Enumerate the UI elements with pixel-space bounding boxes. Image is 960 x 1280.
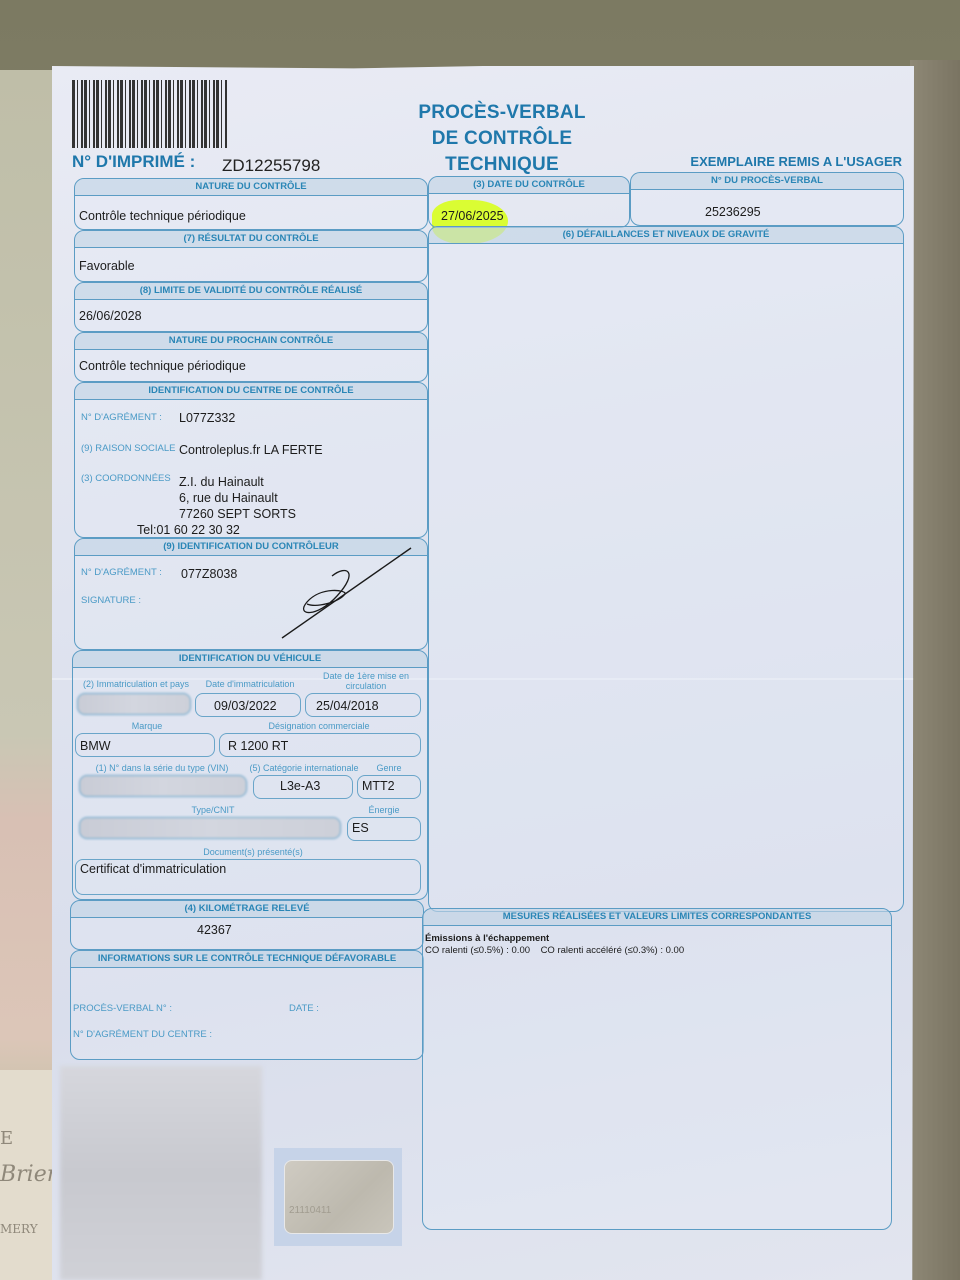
proces-verbal-value: 25236295 xyxy=(705,205,761,219)
defavorable-agrement-label: N° D'AGRÉMENT DU CENTRE : xyxy=(73,1029,212,1040)
kilometrage-header: (4) KILOMÉTRAGE RELEVÉ xyxy=(71,901,423,918)
centre-box: IDENTIFICATION DU CENTRE DE CONTRÔLE N° … xyxy=(74,382,428,538)
prochain-controle-value: Contrôle technique périodique xyxy=(79,359,246,373)
nature-controle-value: Contrôle technique périodique xyxy=(79,209,246,223)
redacted-area xyxy=(60,1066,262,1280)
imprime-number: ZD12255798 xyxy=(222,156,320,176)
designation-field: R 1200 RT xyxy=(219,733,421,757)
title-line-2: DE CONTRÔLE TECHNIQUE xyxy=(382,126,622,178)
hologram-sticker: 21110411 xyxy=(284,1160,394,1234)
controleur-agrement-value: 077Z8038 xyxy=(181,567,237,581)
genre-value: MTT2 xyxy=(362,779,395,793)
nature-controle-header: NATURE DU CONTRÔLE xyxy=(75,179,427,196)
documents-label: Document(s) présenté(s) xyxy=(133,847,373,857)
defavorable-pv-label: PROCÈS-VERBAL N° : xyxy=(73,1003,172,1014)
background-paper: E Brien MERY xyxy=(0,1070,58,1280)
date-controle-box: (3) DATE DU CONTRÔLE 27/06/2025 xyxy=(428,176,630,228)
proces-verbal-header: N° DU PROCÈS-VERBAL xyxy=(631,173,903,190)
documents-field: Certificat d'immatriculation xyxy=(75,859,421,895)
background-text: MERY xyxy=(0,1222,38,1236)
mesures-box: MESURES RÉALISÉES ET VALEURS LIMITES COR… xyxy=(422,908,892,1230)
date-immat-field: 09/03/2022 xyxy=(195,693,301,717)
marque-field: BMW xyxy=(75,733,215,757)
type-field-redacted xyxy=(79,817,341,839)
prochain-controle-header: NATURE DU PROCHAIN CONTRÔLE xyxy=(75,333,427,350)
exemplaire-label: EXEMPLAIRE REMIS A L'USAGER xyxy=(690,154,902,169)
background-text: Brien xyxy=(0,1162,61,1187)
document-title: PROCÈS-VERBAL DE CONTRÔLE TECHNIQUE xyxy=(382,100,622,178)
centre-tel: Tel:01 60 22 30 32 xyxy=(137,523,240,537)
centre-raison-value: Controleplus.fr LA FERTE xyxy=(179,443,323,457)
limite-validite-box: (8) LIMITE DE VALIDITÉ DU CONTRÔLE RÉALI… xyxy=(74,282,428,332)
resultat-box: (7) RÉSULTAT DU CONTRÔLE Favorable xyxy=(74,230,428,282)
date-immat-label: Date d'immatriculation xyxy=(197,679,303,689)
limite-validite-value: 26/06/2028 xyxy=(79,309,142,323)
mesures-co-values: CO ralenti (≤0.5%) : 0.00 CO ralenti acc… xyxy=(425,945,684,956)
centre-address-3: 77260 SEPT SORTS xyxy=(179,507,296,521)
vehicule-header: IDENTIFICATION DU VÉHICULE xyxy=(73,651,427,668)
defavorable-box: INFORMATIONS SUR LE CONTRÔLE TECHNIQUE D… xyxy=(70,950,424,1060)
signature-label: SIGNATURE : xyxy=(81,595,141,606)
centre-coord-label: (3) COORDONNÉES xyxy=(81,473,171,484)
designation-value: R 1200 RT xyxy=(228,739,288,753)
defaillances-header: (6) DÉFAILLANCES ET NIVEAUX DE GRAVITÉ xyxy=(429,227,903,244)
vin-field-redacted xyxy=(79,775,247,797)
defavorable-date-label: DATE : xyxy=(289,1003,319,1014)
date-mec-field: 25/04/2018 xyxy=(305,693,421,717)
mesures-section-title: Émissions à l'échappement xyxy=(425,933,549,944)
immat-label: (2) Immatriculation et pays xyxy=(77,679,195,689)
date-controle-header: (3) DATE DU CONTRÔLE xyxy=(429,177,629,194)
vin-label: (1) N° dans la série du type (VIN) xyxy=(77,763,247,773)
prochain-controle-box: NATURE DU PROCHAIN CONTRÔLE Contrôle tec… xyxy=(74,332,428,382)
limite-validite-header: (8) LIMITE DE VALIDITÉ DU CONTRÔLE RÉALI… xyxy=(75,283,427,300)
date-mec-value: 25/04/2018 xyxy=(316,699,379,713)
resultat-value: Favorable xyxy=(79,259,135,273)
designation-label: Désignation commerciale xyxy=(219,721,419,731)
background-text: E xyxy=(0,1128,13,1149)
imprime-label: N° D'IMPRIMÉ : xyxy=(72,152,195,172)
centre-agrement-value: L077Z332 xyxy=(179,411,235,425)
type-label: Type/CNIT xyxy=(133,805,293,815)
energie-value: ES xyxy=(352,821,369,835)
energie-field: ES xyxy=(347,817,421,841)
vehicule-box: IDENTIFICATION DU VÉHICULE (2) Immatricu… xyxy=(72,650,428,900)
marque-value: BMW xyxy=(80,739,111,753)
categorie-label: (5) Catégorie internationale xyxy=(249,763,359,773)
kilometrage-box: (4) KILOMÉTRAGE RELEVÉ 42367 xyxy=(70,900,424,950)
categorie-value: L3e-A3 xyxy=(280,779,320,793)
date-controle-value: 27/06/2025 xyxy=(441,209,504,223)
date-immat-value: 09/03/2022 xyxy=(214,699,277,713)
date-mec-label: Date de 1ère mise en circulation xyxy=(307,671,425,691)
kilometrage-value: 42367 xyxy=(197,923,232,937)
energie-label: Énergie xyxy=(349,805,419,815)
centre-address-2: 6, rue du Hainault xyxy=(179,491,278,505)
nature-controle-box: NATURE DU CONTRÔLE Contrôle technique pé… xyxy=(74,178,428,230)
mesures-header: MESURES RÉALISÉES ET VALEURS LIMITES COR… xyxy=(423,909,891,926)
signature-image xyxy=(277,546,417,646)
immat-field-redacted xyxy=(77,693,191,715)
resultat-header: (7) RÉSULTAT DU CONTRÔLE xyxy=(75,231,427,248)
centre-agrement-label: N° D'AGRÉMENT : xyxy=(81,412,162,423)
centre-raison-label: (9) RAISON SOCIALE xyxy=(81,443,176,454)
controleur-agrement-label: N° D'AGRÉMENT : xyxy=(81,567,162,578)
centre-header: IDENTIFICATION DU CENTRE DE CONTRÔLE xyxy=(75,383,427,400)
proces-verbal-box: N° DU PROCÈS-VERBAL 25236295 xyxy=(630,172,904,226)
documents-value: Certificat d'immatriculation xyxy=(80,862,226,876)
genre-label: Genre xyxy=(359,763,419,773)
defavorable-header: INFORMATIONS SUR LE CONTRÔLE TECHNIQUE D… xyxy=(71,951,423,968)
document-sheet: PROCÈS-VERBAL DE CONTRÔLE TECHNIQUE N° D… xyxy=(52,66,914,1280)
background-surface-right xyxy=(910,60,960,1280)
genre-field: MTT2 xyxy=(357,775,421,799)
barcode xyxy=(72,80,228,148)
defaillances-box: (6) DÉFAILLANCES ET NIVEAUX DE GRAVITÉ xyxy=(428,226,904,912)
marque-label: Marque xyxy=(77,721,217,731)
title-line-1: PROCÈS-VERBAL xyxy=(382,100,622,126)
categorie-field: L3e-A3 xyxy=(253,775,353,799)
hologram-number: 21110411 xyxy=(289,1205,331,1216)
centre-address-1: Z.I. du Hainault xyxy=(179,475,264,489)
